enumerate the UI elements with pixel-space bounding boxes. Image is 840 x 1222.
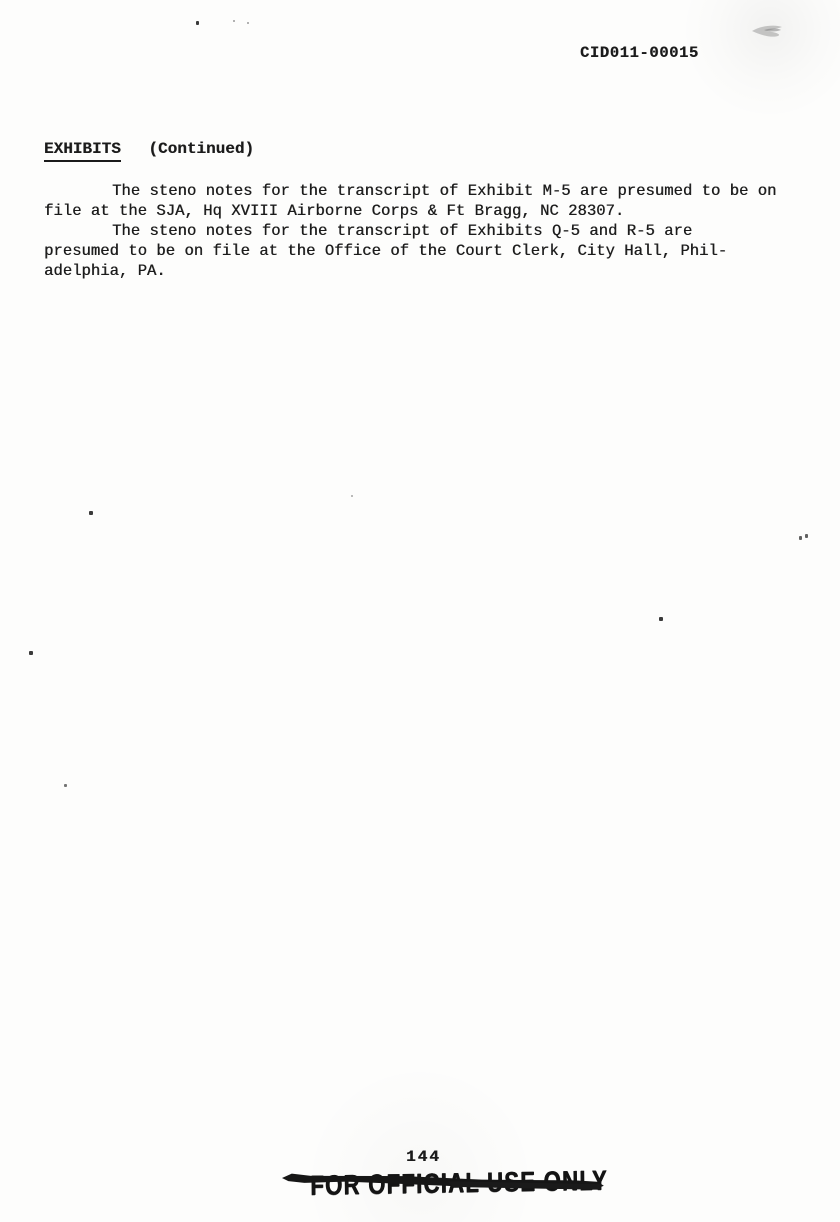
- document-id: CID011-00015: [580, 44, 699, 62]
- body-text: The steno notes for the transcript of Ex…: [44, 181, 814, 281]
- text-line: file at the SJA, Hq XVIII Airborne Corps…: [44, 201, 814, 221]
- scan-speck: [351, 495, 353, 497]
- scan-speck: [659, 617, 663, 621]
- scan-smudge: [748, 22, 792, 40]
- scan-speck: [196, 21, 199, 25]
- text-line: presumed to be on file at the Office of …: [44, 241, 814, 261]
- scan-speck: [805, 534, 808, 538]
- scan-speck: [233, 20, 235, 22]
- scan-speck: [247, 22, 249, 24]
- page-number: 144: [406, 1148, 441, 1166]
- section-heading: EXHIBITS (Continued): [44, 140, 254, 158]
- section-heading-continued: (Continued): [148, 140, 254, 158]
- scanned-document-page: CID011-00015 EXHIBITS (Continued) The st…: [0, 0, 840, 1222]
- text-line: The steno notes for the transcript of Ex…: [44, 221, 814, 241]
- text-line: adelphia, PA.: [44, 261, 814, 281]
- scan-speck: [799, 536, 802, 540]
- scan-speck: [64, 784, 67, 787]
- scan-speck: [89, 511, 93, 515]
- scan-speck: [29, 651, 33, 655]
- text-line: The steno notes for the transcript of Ex…: [44, 181, 814, 201]
- section-heading-title: EXHIBITS: [44, 140, 121, 162]
